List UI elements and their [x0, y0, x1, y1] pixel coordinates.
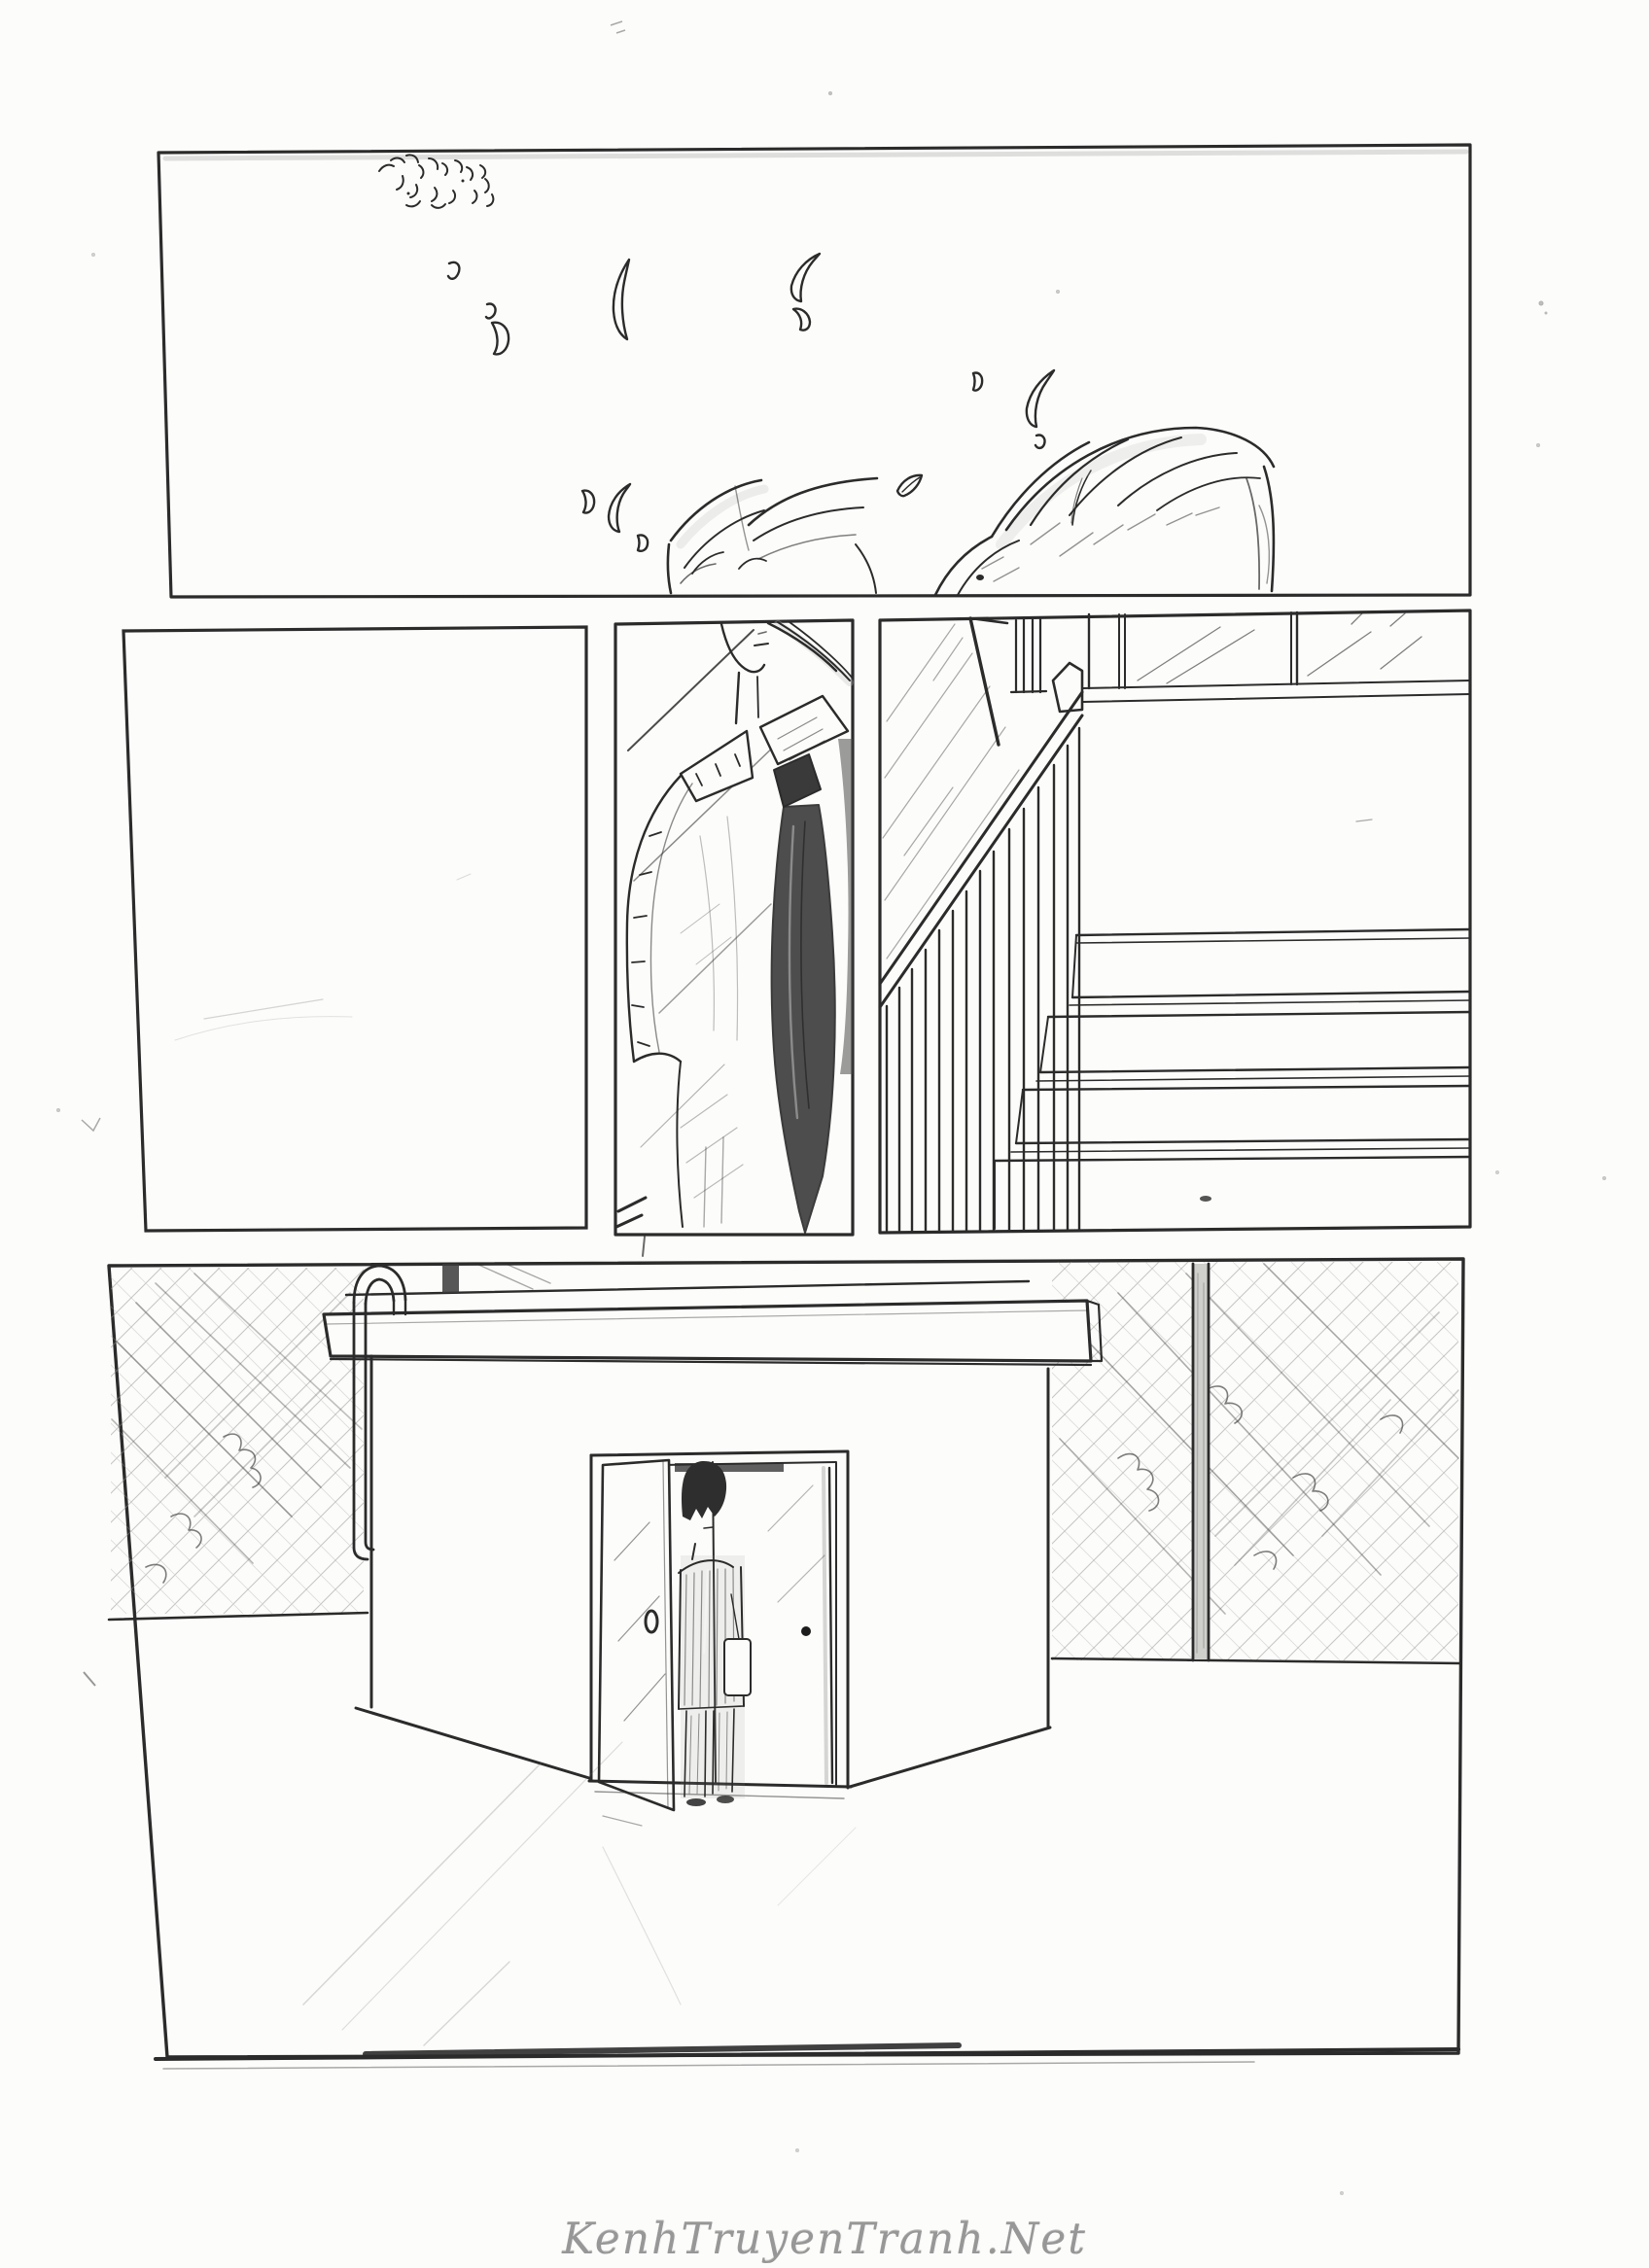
doorway-student [679, 1461, 751, 1806]
falling-petals [448, 254, 1091, 551]
background-doorway [970, 618, 1046, 745]
manga-artwork [0, 0, 1649, 2268]
panel-bust [615, 620, 853, 1256]
petal-cluster [379, 155, 493, 208]
tree-hatch-right [1052, 1262, 1460, 1663]
steps [995, 929, 1470, 1229]
student-bust [627, 622, 853, 1233]
panel-stairs [880, 611, 1470, 1233]
head-left [668, 478, 877, 593]
faint-scratches [175, 874, 471, 1040]
panel-empty [123, 627, 586, 1231]
courtyard-sweeps [303, 1742, 856, 2045]
door-open-leaf [599, 1460, 674, 1810]
panel-entrance [109, 1259, 1463, 2069]
wall-hatch [883, 624, 1019, 959]
bottom-border-strokes [156, 2045, 1458, 2069]
utility-pole [1188, 1264, 1213, 1660]
window-band [1082, 612, 1470, 821]
door-handle-dot [801, 1626, 811, 1636]
watermark-text: KenhTruyenTranh.Net [562, 2215, 1087, 2264]
manga-page: KenhTruyenTranh.Net [0, 0, 1649, 2268]
head-right [935, 428, 1274, 595]
panel-sky [158, 145, 1470, 597]
balusters [887, 728, 1079, 1231]
speed-lines [616, 630, 780, 1256]
